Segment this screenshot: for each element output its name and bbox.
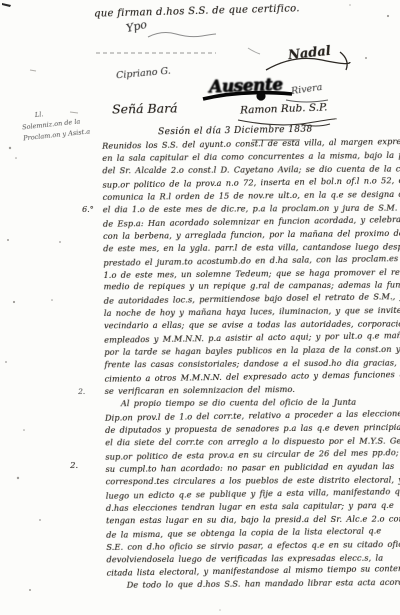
manuscript-line: De todo lo que d.hos S.S. han mandado li… (127, 576, 400, 592)
rubric-mark: Ypo (125, 18, 148, 35)
faded-signature-flourish (148, 33, 216, 37)
margin-numeral-2: 2. (78, 387, 85, 396)
signature-councilor-3: Señá Bará (112, 100, 178, 116)
margin-numeral-1: 6.° (82, 205, 94, 214)
session-heading: Sesión el día 3 Diciembre 1838 (158, 125, 313, 138)
signature-secretary-flourish: Nadal (287, 44, 331, 63)
margin-notes: Ll.Solemniz.on de laProclam.on y Asist.a (20, 105, 90, 145)
faint-mark (248, 48, 260, 54)
certification-line: que firman d.hos S.S. de que certifico. (94, 3, 300, 19)
manuscript-body: Reunidos los S.S. del ayunt.o const.l de… (102, 136, 400, 592)
signature-councilor-2: Rivera (290, 82, 323, 97)
signature-councilor-1: Cipriano G. (116, 66, 172, 82)
margin-numeral-3: 2. (70, 461, 78, 471)
signature-heavy-ink: Ausente (209, 75, 283, 98)
signature-secretary: Ramon Rub. S.P. (240, 101, 328, 116)
manuscript-page: que firman d.hos S.S. de que certifico. … (0, 0, 400, 615)
